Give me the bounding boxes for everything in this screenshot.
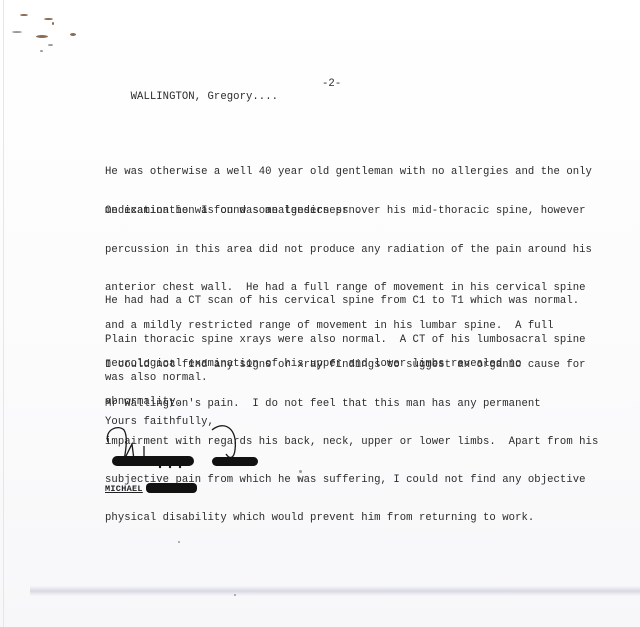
page-number: -2-	[322, 78, 341, 91]
patient-name: WALLINGTON, Gregory....	[131, 91, 278, 103]
redacted-surname	[146, 483, 197, 493]
text-line: He was otherwise a well 40 year old gent…	[105, 166, 592, 179]
text-line: On examination I found some tenderness o…	[105, 205, 592, 218]
signatory-name: MICHAEL	[105, 484, 143, 494]
scan-artifact-band	[30, 586, 640, 596]
scan-edge	[3, 0, 4, 627]
letter-page: WALLINGTON, Gregory.... -2- He was other…	[0, 0, 640, 627]
text-line: He had had a CT scan of his cervical spi…	[105, 295, 586, 308]
redacted-signature	[100, 420, 270, 475]
text-line: percussion in this area did not produce …	[105, 244, 592, 257]
text-line: I could not find any signs or xray findi…	[105, 359, 598, 372]
text-line: physical disability which would prevent …	[105, 512, 598, 525]
text-line: Mr Wallington's pain. I do not feel that…	[105, 398, 598, 411]
page-header: WALLINGTON, Gregory.... -2-	[105, 78, 278, 129]
